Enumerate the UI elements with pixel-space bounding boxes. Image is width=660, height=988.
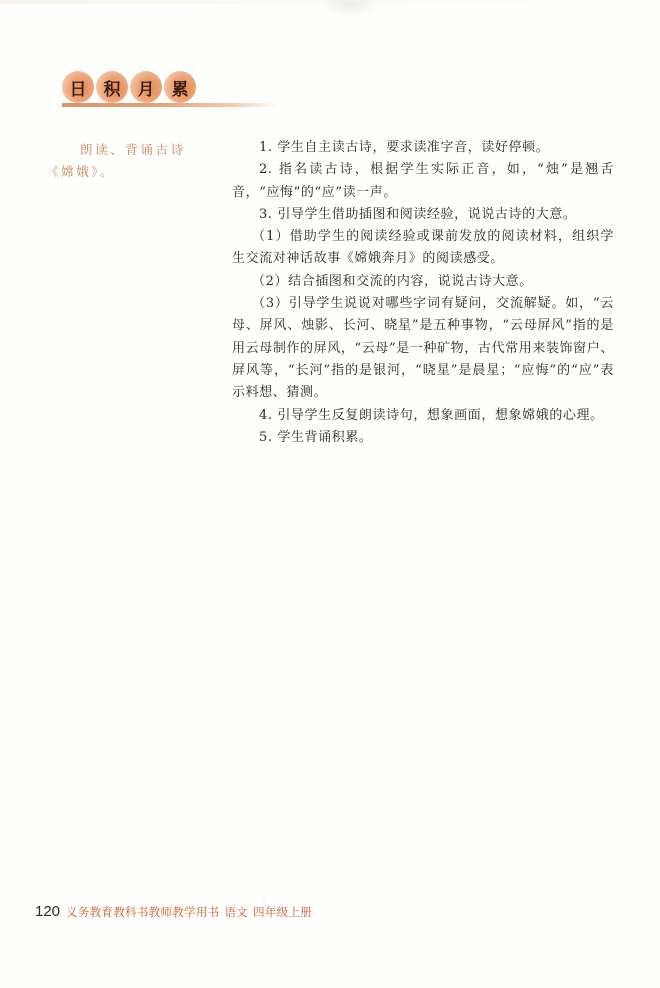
scan-smudge	[320, 0, 380, 18]
substep-paragraph: （1）借助学生的阅读经验或课前发放的阅读材料，组织学生交流对神话故事《嫦娥奔月》…	[232, 226, 614, 271]
header-char-ball: 日	[62, 71, 94, 103]
header-char-ball: 月	[130, 71, 162, 103]
book-title: 义务教育教科书教师教学用书语文四年级上册	[66, 904, 312, 920]
margin-note: 朗读、背诵古诗 《嫦娥》。	[46, 139, 206, 183]
book-volume: 四年级上册	[253, 907, 312, 919]
lesson-steps: 1. 学生自主读古诗，要求读准字音，读好停顿。 2. 指名读古诗，根据学生实际正…	[232, 137, 614, 449]
page-number: 120	[35, 903, 60, 920]
header-char-ball: 积	[96, 71, 128, 103]
page-footer: 120 义务教育教科书教师教学用书语文四年级上册	[35, 903, 312, 920]
book-subject: 语文	[224, 907, 248, 919]
header-underline	[62, 103, 277, 107]
book-series: 义务教育教科书教师教学用书	[66, 907, 219, 919]
section-header: 日 积 月 累	[62, 71, 196, 103]
step-paragraph: 5. 学生背诵积累。	[232, 427, 614, 449]
substep-paragraph: （3）引导学生说说对哪些字词有疑问，交流解疑。如，“云母、屏风、烛影、长河、晓星…	[232, 293, 614, 404]
step-paragraph: 4. 引导学生反复朗读诗句，想象画面，想象嫦娥的心理。	[232, 405, 614, 427]
substep-paragraph: （2）结合插图和交流的内容，说说古诗大意。	[232, 271, 614, 293]
step-paragraph: 1. 学生自主读古诗，要求读准字音，读好停顿。	[232, 137, 614, 159]
step-paragraph: 2. 指名读古诗，根据学生实际正音，如，“烛”是翘舌音，“应悔”的“应”读一声。	[232, 159, 614, 204]
step-paragraph: 3. 引导学生借助插图和阅读经验，说说古诗的大意。	[232, 204, 614, 226]
margin-note-line: 《嫦娥》。	[46, 161, 206, 183]
header-char-ball: 累	[164, 71, 196, 103]
margin-note-line: 朗读、背诵古诗	[46, 139, 206, 161]
